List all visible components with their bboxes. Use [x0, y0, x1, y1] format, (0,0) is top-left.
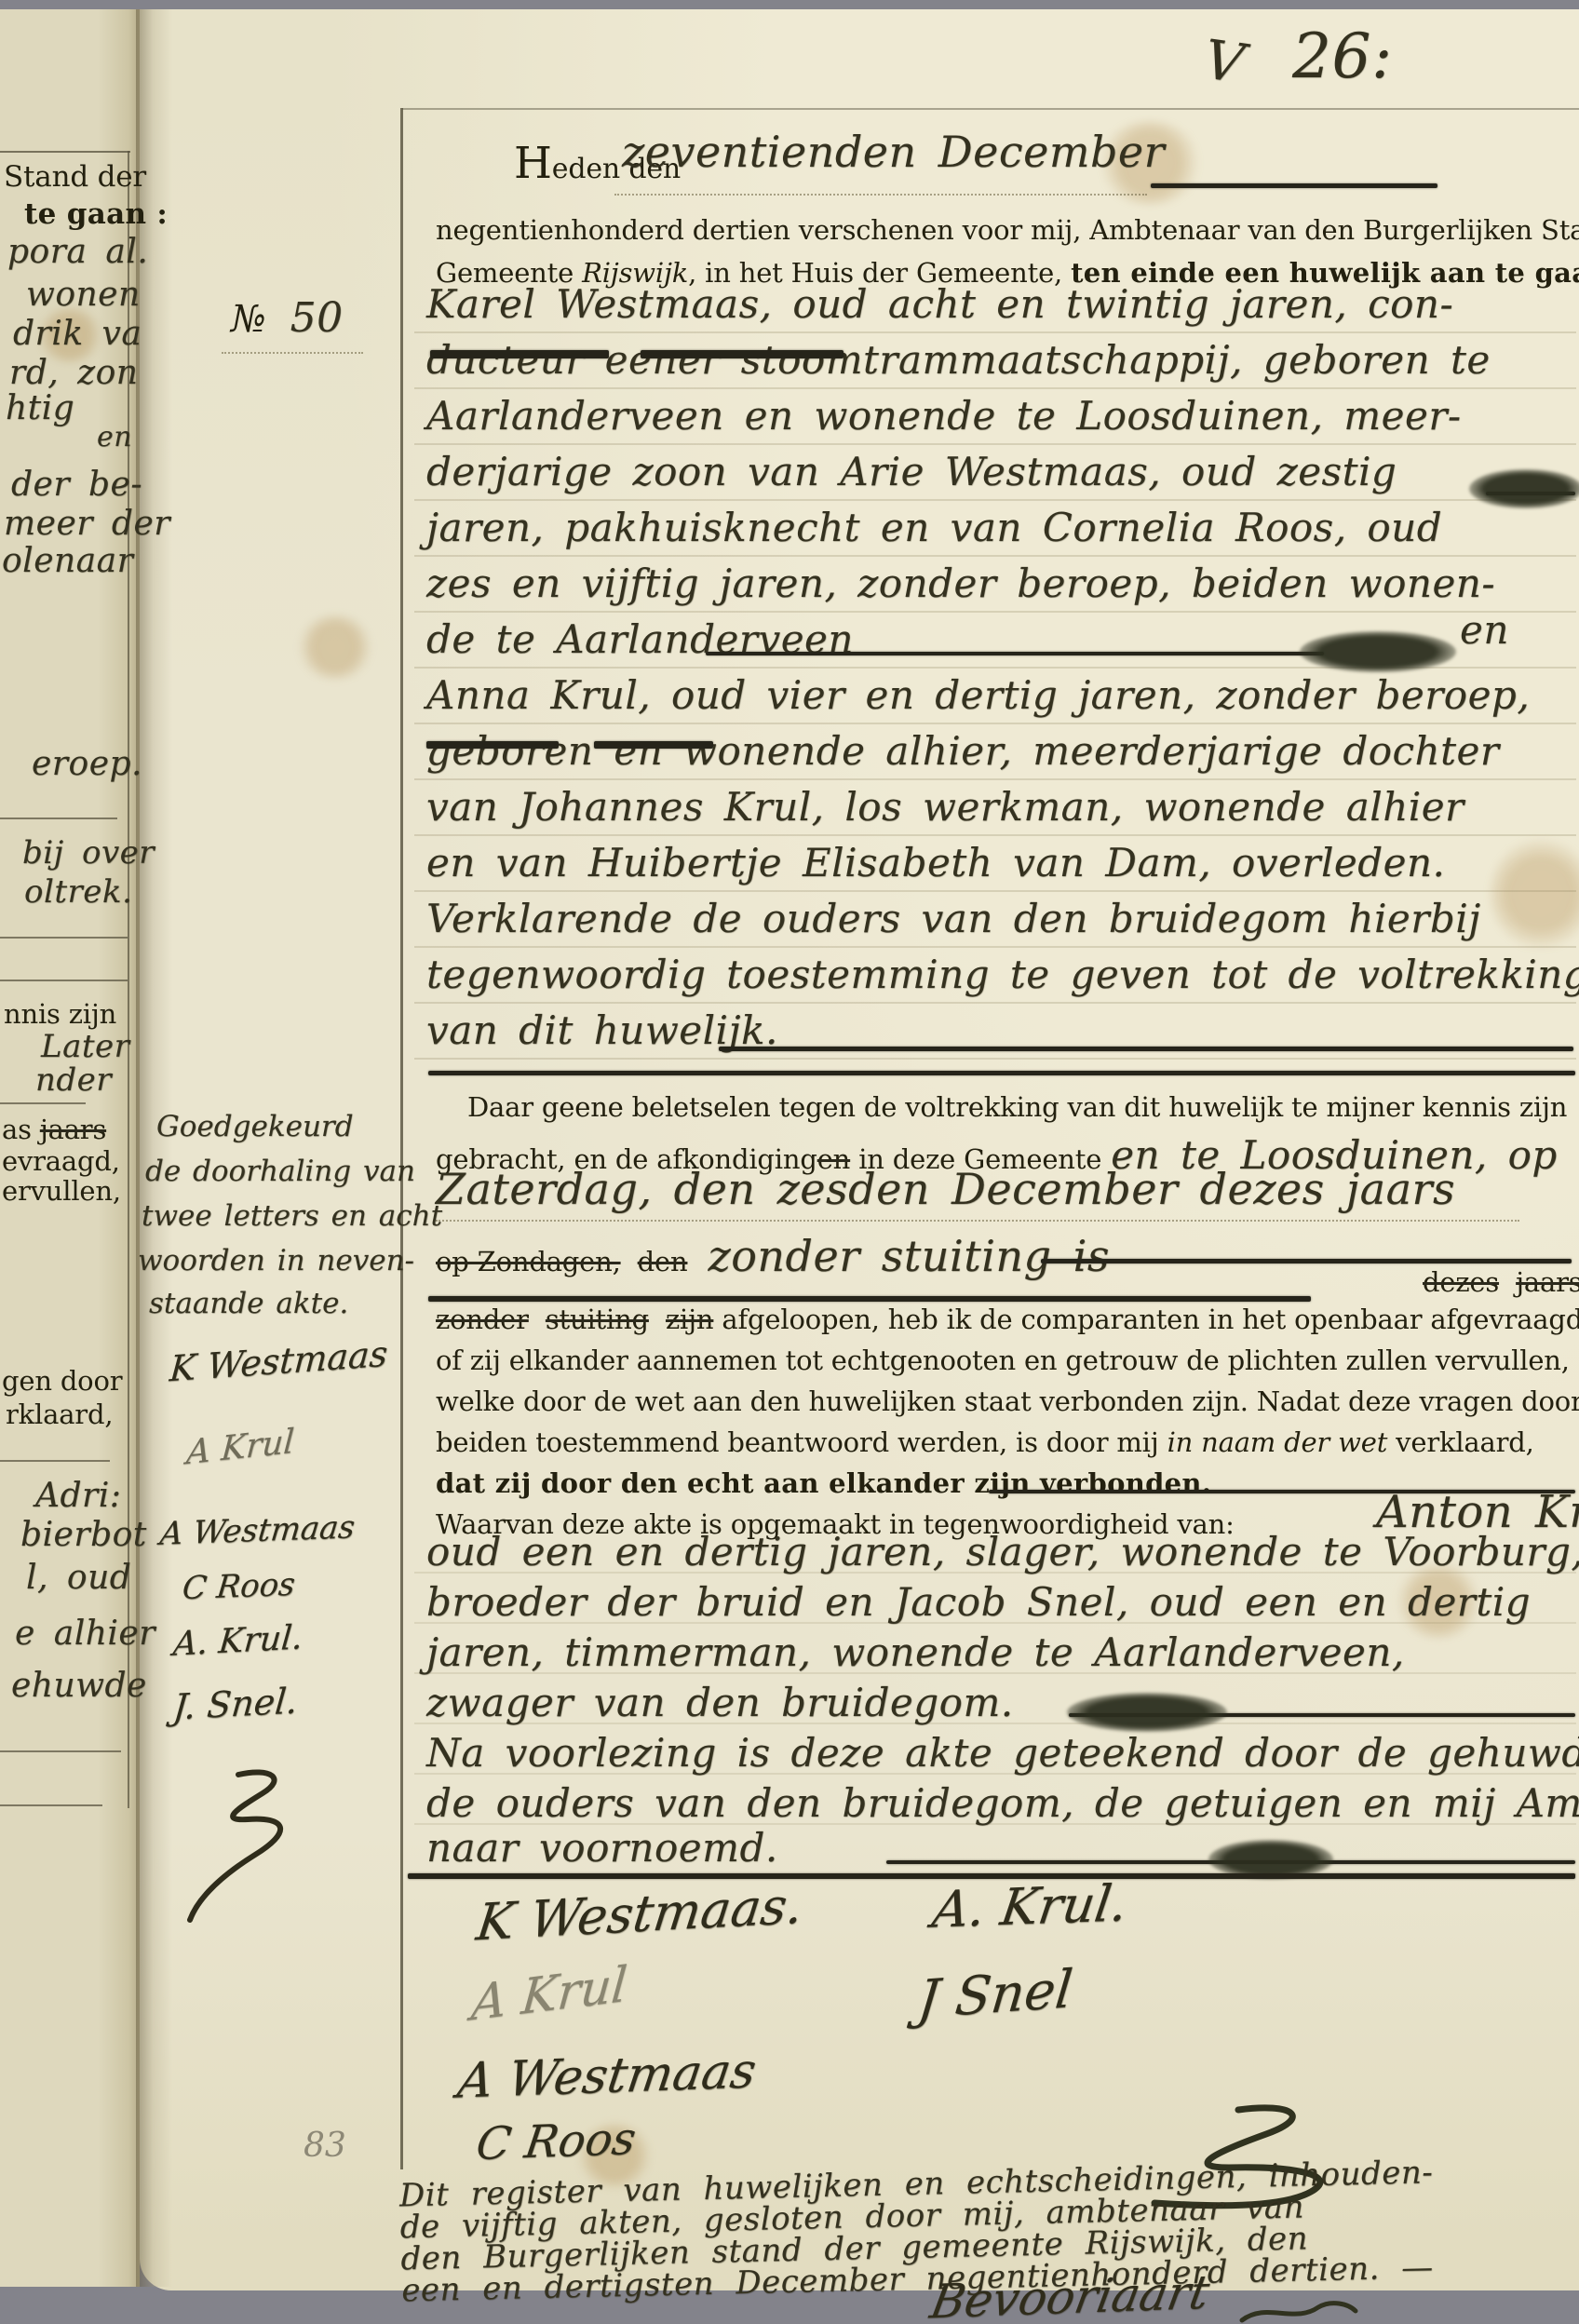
act-line: derjarige zoon van Arie Westmaas, oud ze…	[426, 449, 1397, 494]
bride-signature: A. Krul.	[929, 1873, 1131, 1939]
margin-signature: A. Krul.	[171, 1618, 304, 1664]
prev-page-printed-fragment: gen door	[2, 1365, 122, 1397]
witness-line: Na voorlezing is deze akte geteekend doo…	[426, 1730, 1579, 1776]
pencil-folio-number: 83	[304, 2127, 346, 2165]
zondagen-line: op Zondagen, denzonder stuiting is	[436, 1231, 1110, 1281]
prev-page-hw-fragment: oltrek.	[24, 873, 132, 911]
prev-page-hw-fragment: eroep.	[32, 745, 142, 783]
fill-in-dotted-line	[614, 194, 1147, 196]
section-divider-rule	[428, 1071, 1575, 1075]
margin-signature: A Westmaas	[158, 1508, 357, 1552]
struck-word: stuiting	[546, 1304, 649, 1335]
prev-page-hw-fragment: bij over	[22, 834, 155, 871]
act-number-value: 50	[290, 294, 344, 342]
publication-date-handwriting: Zaterdag, den zesden December dezes jaar…	[436, 1164, 1455, 1214]
date-fill-handwriting: zeventienden December	[622, 127, 1165, 177]
paper-stain	[298, 615, 372, 680]
prev-page-hw-fragment: Adri:	[35, 1477, 121, 1515]
witness-line: naar voornoemd.	[426, 1825, 778, 1871]
prev-page-hw-fragment: ehuwde	[11, 1667, 147, 1705]
prev-fragment-struck: jaars	[40, 1114, 106, 1145]
prev-page-hw-fragment: l, oud	[26, 1559, 131, 1597]
act-line: geboren en wonende alhier, meerderjarige…	[426, 728, 1499, 774]
prev-page-hw-fragment: pora al.	[7, 233, 148, 271]
printed-text: afgeloopen, heb ik de comparanten in het…	[713, 1304, 1579, 1335]
struck-word: dezes	[1423, 1266, 1499, 1298]
prev-page-printed-fragment: Stand der	[4, 160, 146, 194]
margin-approval-line: woorden in neven-	[138, 1244, 414, 1277]
act-line: van Johannes Krul, los werkman, wonende …	[426, 784, 1464, 830]
prev-page-rule	[0, 817, 117, 819]
act-line: en van Huibertje Elisabeth van Dam, over…	[426, 840, 1445, 885]
ink-blot	[1300, 631, 1456, 672]
act-left-frame-line	[400, 108, 403, 2169]
prev-page-hw-fragment: meer der	[4, 505, 170, 543]
drop-cap-H: H	[514, 138, 552, 189]
prev-page-hw-fragment: drik va	[13, 315, 142, 353]
prev-page-hw-fragment: e alhier	[15, 1615, 155, 1653]
closing-dash: —	[1401, 2249, 1434, 2287]
prev-page-printed-fragment: ervullen,	[2, 1175, 121, 1207]
prev-page-hw-fragment: wonen	[26, 276, 141, 314]
vows-line: beiden toestemmend beantwoord werden, is…	[436, 1426, 1534, 1458]
act-line: ducteur eener stoomtrammaatschappij, geb…	[426, 337, 1491, 383]
marriage-declaration-line: dat zij door den echt aan elkander zijn …	[436, 1467, 1211, 1499]
struck-dezes-jaars: dezes jaars	[1423, 1266, 1579, 1298]
name-underline-bar	[430, 350, 609, 358]
prev-page-rule	[0, 1750, 121, 1752]
book-gutter-fold	[136, 9, 179, 2287]
vows-line: welke door de wet aan den huwelijken sta…	[436, 1385, 1579, 1417]
struck-word: zonder	[436, 1304, 529, 1335]
prev-page-printed-fragment: evraagd,	[2, 1145, 120, 1177]
prev-fragment-text: as	[2, 1114, 32, 1145]
fill-in-dotted-line	[436, 1220, 1519, 1222]
prev-page-printed-fragment: as jaars	[2, 1114, 106, 1145]
registrar-signature-flourish	[1238, 2298, 1359, 2324]
announcement-line1: Daar geene beletselen tegen de voltrekki…	[467, 1091, 1567, 1123]
prev-page-printed-fragment: rklaard,	[6, 1398, 113, 1430]
witness-line: de ouders van den bruidegom, de getuigen…	[426, 1780, 1579, 1826]
witness-signature: J Snel	[915, 1959, 1075, 2031]
prev-page-rule	[0, 980, 128, 981]
prev-page-hw-fragment: nder	[35, 1061, 112, 1099]
line-end-rule	[706, 652, 1324, 655]
struck-word: jaars	[1516, 1266, 1579, 1298]
name-underline-bar	[641, 350, 843, 358]
mother-groom-signature: C Roos	[473, 2113, 639, 2170]
prev-page-hw-fragment: Later	[41, 1028, 129, 1065]
witness-line: zwager van den bruidegom.	[426, 1680, 1014, 1725]
registry-scan: Stand der te gaan : pora al. wonen drik …	[0, 0, 1579, 2324]
prev-page-frame-line	[0, 151, 130, 153]
struck-den: den	[638, 1246, 688, 1277]
witness-line: oud een en dertig jaren, slager, wonende…	[426, 1529, 1579, 1574]
in-naam-der-wet: in naam der wet	[1167, 1426, 1388, 1458]
ink-blot	[1067, 1693, 1227, 1732]
prev-page-hw-fragment: htig	[6, 389, 74, 427]
afgeloopen-line: zonder stuiting zijn afgeloopen, heb ik …	[436, 1304, 1579, 1335]
margin-signature: J. Snel.	[171, 1680, 299, 1727]
prev-page-rule	[0, 1460, 110, 1462]
act-line: Aarlanderveen en wonende te Loosduinen, …	[426, 393, 1462, 439]
act-line: tegenwoordig toestemming te geven tot de…	[426, 952, 1579, 997]
margin-approval-line: staande akte.	[149, 1287, 348, 1320]
act-number-dotted-line	[222, 352, 363, 354]
prev-page-printed-fragment: nnis zijn	[4, 998, 116, 1030]
margin-approval-line: de doorhaling van	[145, 1155, 415, 1188]
act-number: №50	[231, 294, 344, 342]
line-end-rule	[719, 1047, 1573, 1051]
blank-section-rule	[428, 1296, 1311, 1302]
name-underline-bar	[426, 741, 559, 749]
header-line2: negentienhonderd dertien verschenen voor…	[436, 214, 1579, 246]
prev-page-rule	[0, 937, 128, 939]
prev-page-hw-fragment: bierbot	[20, 1516, 147, 1554]
margin-approval-line: Goedgekeurd	[156, 1110, 354, 1143]
printed-text: verklaard,	[1387, 1426, 1534, 1458]
ink-blot	[1469, 469, 1579, 508]
margin-signature: C Roos	[181, 1566, 297, 1607]
act-line-tail: en	[1460, 607, 1509, 653]
official-paraph-flourish	[182, 1765, 322, 1924]
act-line: Anna Krul, oud vier en dertig jaren, zon…	[426, 672, 1530, 718]
witness-line: jaren, timmerman, wonende te Aarlanderve…	[426, 1629, 1405, 1675]
prev-page-printed-fragment: te gaan :	[24, 197, 168, 231]
vows-line: of zij elkander aannemen tot echtgenoote…	[436, 1344, 1570, 1376]
fill-in-closing-rule	[1151, 183, 1437, 188]
fill-in-closing-rule	[1041, 1259, 1572, 1263]
prev-page-hw-fragment: der be-	[11, 466, 142, 504]
prev-page-rule	[0, 1102, 86, 1104]
folio-number: 26:	[1292, 20, 1393, 92]
act-top-frame-line	[402, 108, 1579, 110]
margin-approval-line: twee letters en acht	[142, 1199, 442, 1233]
act-line: zes en vijftig jaren, zonder beroep, bei…	[426, 561, 1495, 606]
prev-page-rule	[0, 1804, 102, 1806]
act-line: jaren, pakhuisknecht en van Cornelia Roo…	[426, 505, 1442, 550]
registrar-signature: Bevooriaart	[926, 2265, 1213, 2324]
numero-symbol: №	[231, 298, 266, 341]
printed-text: beiden toestemmend beantwoord werden, is…	[436, 1426, 1167, 1458]
inline-handwriting: zonder stuiting is	[708, 1231, 1109, 1281]
name-underline-bar	[594, 741, 713, 749]
struck-word: zijn	[666, 1304, 713, 1335]
act-line: Karel Westmaas, oud acht en twintig jare…	[426, 281, 1453, 327]
prev-page-hw-fragment: olenaar	[2, 542, 133, 580]
act-line: Verklarende de ouders van den bruidegom …	[426, 896, 1481, 941]
father-groom-signature: A Westmaas	[454, 2043, 760, 2109]
struck-op-zondagen: op Zondagen,	[436, 1246, 621, 1277]
witness-line: broeder der bruid en Jacob Snel, oud een…	[426, 1579, 1531, 1625]
prev-page-hw-fragment: en	[97, 421, 132, 453]
prev-page-hw-fragment: rd, zon	[9, 354, 138, 392]
